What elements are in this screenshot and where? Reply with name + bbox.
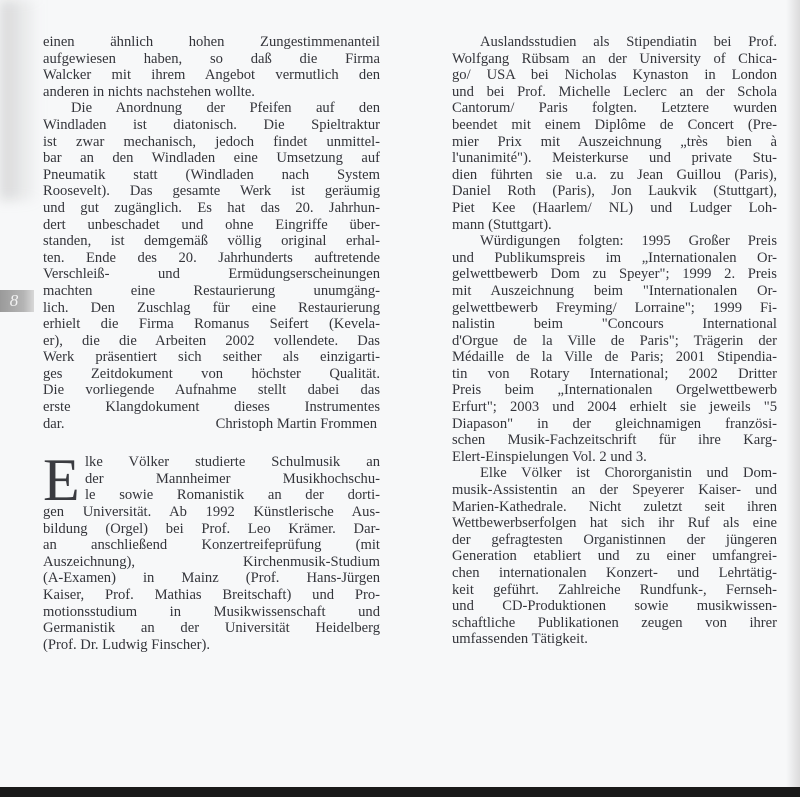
- text-line: Würdigungen folgten: 1995 Großer Preis: [452, 233, 777, 250]
- right-column: Auslandsstudien als Stipendiatin bei Pro…: [452, 34, 777, 648]
- text-line: motionsstudium in Musikwissenschaft und: [43, 604, 380, 621]
- text-line: dien führten sie u.a. zu Jean Guillou (P…: [452, 167, 777, 184]
- text-line: (Prof. Dr. Ludwig Finscher).: [43, 637, 380, 654]
- text-line: Preis beim „Internationalen Orgelwettbew…: [452, 382, 777, 399]
- text-line: Pneumatik statt (Windladen nach System: [43, 167, 380, 184]
- text-line: bildung (Orgel) bei Prof. Leo Krämer. Da…: [43, 521, 380, 538]
- drop-cap: E: [43, 455, 80, 505]
- text-line: Roosevelt). Das gesamte Werk ist geräumi…: [43, 183, 380, 200]
- text-line: und Publikumspreis im „Internationalen O…: [452, 250, 777, 267]
- text-line: go/ USA bei Nicholas Kynaston in London: [452, 67, 777, 84]
- organ-history-paragraph-2: Die Anordnung der Pfeifen auf den Windla…: [43, 100, 380, 432]
- text-line: Kaiser, Prof. Mathias Breitschaft) und P…: [43, 587, 380, 604]
- text-line: gen Universität. Ab 1992 Künstlerische A…: [43, 504, 380, 521]
- text-line: (A-Examen) in Mainz (Prof. Hans-Jürgen: [43, 570, 380, 587]
- text-line: ten. Ende des 20. Jahrhunderts auftreten…: [43, 250, 380, 267]
- awards-paragraph: Würdigungen folgten: 1995 Großer Preis u…: [452, 233, 777, 465]
- text-line: Marien-Kathedrale. Nicht zuletzt seit ih…: [452, 499, 777, 516]
- text-line: machten eine Restaurierung unumgäng-: [43, 283, 380, 300]
- text-line: keit geführt. Zahlreiche Rundfunk-, Fern…: [452, 582, 777, 599]
- text-line: Die Anordnung der Pfeifen auf den: [43, 100, 380, 117]
- text-line: Médaille de la Ville de Paris; 2001 Stip…: [452, 349, 777, 366]
- text-line: und bei Prof. Michelle Leclerc an der Sc…: [452, 84, 777, 101]
- scan-bottom-edge: [0, 787, 800, 797]
- text-line: lich. Den Zuschlag für eine Restaurierun…: [43, 300, 380, 317]
- text-line: gelwettbewerb Freyming/ Lorraine"; 1999 …: [452, 300, 777, 317]
- page-number-tab: 8: [0, 290, 34, 312]
- text-line: aufgewiesen haben, so daß die Firma: [43, 51, 380, 68]
- text-line: Windladen ist diatonisch. Die Spieltrakt…: [43, 117, 380, 134]
- text-line: erste Klangdokument dieses Instrumentes: [43, 399, 380, 416]
- text-line: schaftliche Publikationen zeugen von ihr…: [452, 615, 777, 632]
- text-line: Verschleiß- und Ermüdungserscheinungen: [43, 266, 380, 283]
- career-paragraph: Elke Völker ist Chororganistin und Dom- …: [452, 465, 777, 648]
- text-line: der gefragtesten Organistinnen der jünge…: [452, 532, 777, 549]
- text-line: gelwettbewerb Dom zu Speyer"; 1999 2. Pr…: [452, 266, 777, 283]
- text-line: mit Auszeichnung beim "Internationalen O…: [452, 283, 777, 300]
- text-line: Walcker mit ihrem Angebot vermutlich den: [43, 67, 380, 84]
- text-line: Generation etabliert und zu einer umfang…: [452, 548, 777, 565]
- text-line: mier Prix mit Auszeichnung „très bien à: [452, 134, 777, 151]
- studies-paragraph: Auslandsstudien als Stipendiatin bei Pro…: [452, 34, 777, 233]
- text-line: le sowie Romanistik an der dorti-: [43, 487, 380, 504]
- text-line: erhielt die Firma Romanus Seifert (Kevel…: [43, 316, 380, 333]
- text-line: bar an den Windladen eine Umsetzung auf: [43, 150, 380, 167]
- text-line: der Mannheimer Musikhochschu-: [43, 471, 380, 488]
- text-line: d'Orgue de la Ville de Paris"; Trägerin …: [452, 333, 777, 350]
- closing-word: dar.: [43, 416, 64, 433]
- text-line: mann (Stuttgart).: [452, 217, 777, 234]
- text-line: ist zwar mechanisch, jedoch findet unmit…: [43, 134, 380, 151]
- text-line: Diapason" in der gleichnamigen französi-: [452, 416, 777, 433]
- text-line: standen, ist demgemäß völlig original er…: [43, 233, 380, 250]
- text-line: und gut zugänglich. Es hat das 20. Jahrh…: [43, 200, 380, 217]
- text-line: Cantorum/ Paris folgten. Letztere wurden: [452, 100, 777, 117]
- text-line: ges Zeitdokument von höchster Qualität.: [43, 366, 380, 383]
- author-signature: Christoph Martin Frommen: [216, 416, 380, 433]
- organ-history-paragraph-1: einen ähnlich hohen Zungestimmenanteil a…: [43, 34, 380, 100]
- booklet-page: 8 einen ähnlich hohen Zungestimmenanteil…: [0, 0, 800, 787]
- text-line: und CD-Produktionen sowie musikwissen-: [452, 598, 777, 615]
- text-line: Piet Kee (Haarlem/ NL) und Ludger Loh-: [452, 200, 777, 217]
- text-line: lke Völker studierte Schulmusik an: [43, 454, 380, 471]
- text-line: beendet mit einem Diplôme de Concert (Pr…: [452, 117, 777, 134]
- text-line: Elke Völker ist Chororganistin und Dom-: [452, 465, 777, 482]
- text-line: schen Musik-Fachzeitschrift für ihre Kar…: [452, 432, 777, 449]
- left-column: einen ähnlich hohen Zungestimmenanteil a…: [43, 34, 380, 653]
- text-line: einen ähnlich hohen Zungestimmenanteil: [43, 34, 380, 51]
- text-line: Germanistik an der Universität Heidelber…: [43, 620, 380, 637]
- text-line: Die vorliegende Aufnahme stellt dabei da…: [43, 382, 380, 399]
- page-number: 8: [10, 291, 25, 311]
- text-line: anderen in nichts nachstehen wollte.: [43, 84, 380, 101]
- text-line: dert unbeschadet und ohne Eingriffe über…: [43, 217, 380, 234]
- artist-biography: E lke Völker studierte Schulmusik an der…: [43, 454, 380, 653]
- text-line: Auszeichnung), Kirchenmusik-Studium: [43, 554, 380, 571]
- signature-line: dar. Christoph Martin Frommen: [43, 416, 380, 433]
- text-line: tin von Rotary International; 2002 Dritt…: [452, 366, 777, 383]
- text-line: Daniel Roth (Paris), Jon Laukvik (Stuttg…: [452, 183, 777, 200]
- text-line: chen internationalen Konzert- und Lehrtä…: [452, 565, 777, 582]
- text-line: er), die die Arbeiten 2002 vollendete. D…: [43, 333, 380, 350]
- text-line: Wolfgang Rübsam an der University of Chi…: [452, 51, 777, 68]
- text-line: Werk präsentiert sich seither als einzig…: [43, 349, 380, 366]
- text-line: Wettbewerbserfolgen hat sich ihr Ruf als…: [452, 515, 777, 532]
- text-line: l'unanimité"). Meisterkurse und private …: [452, 150, 777, 167]
- text-line: Erfurt"; 2003 und 2004 erhielt sie jewei…: [452, 399, 777, 416]
- text-line: umfassenden Tätigkeit.: [452, 631, 777, 648]
- text-line: an anschließend Konzertreifeprüfung (mit: [43, 537, 380, 554]
- text-line: musik-Assistentin an der Speyerer Kaiser…: [452, 482, 777, 499]
- text-line: nalistin beim "Concours International: [452, 316, 777, 333]
- text-line: Elert-Einspielungen Vol. 2 und 3.: [452, 449, 777, 466]
- text-line: Auslandsstudien als Stipendiatin bei Pro…: [452, 34, 777, 51]
